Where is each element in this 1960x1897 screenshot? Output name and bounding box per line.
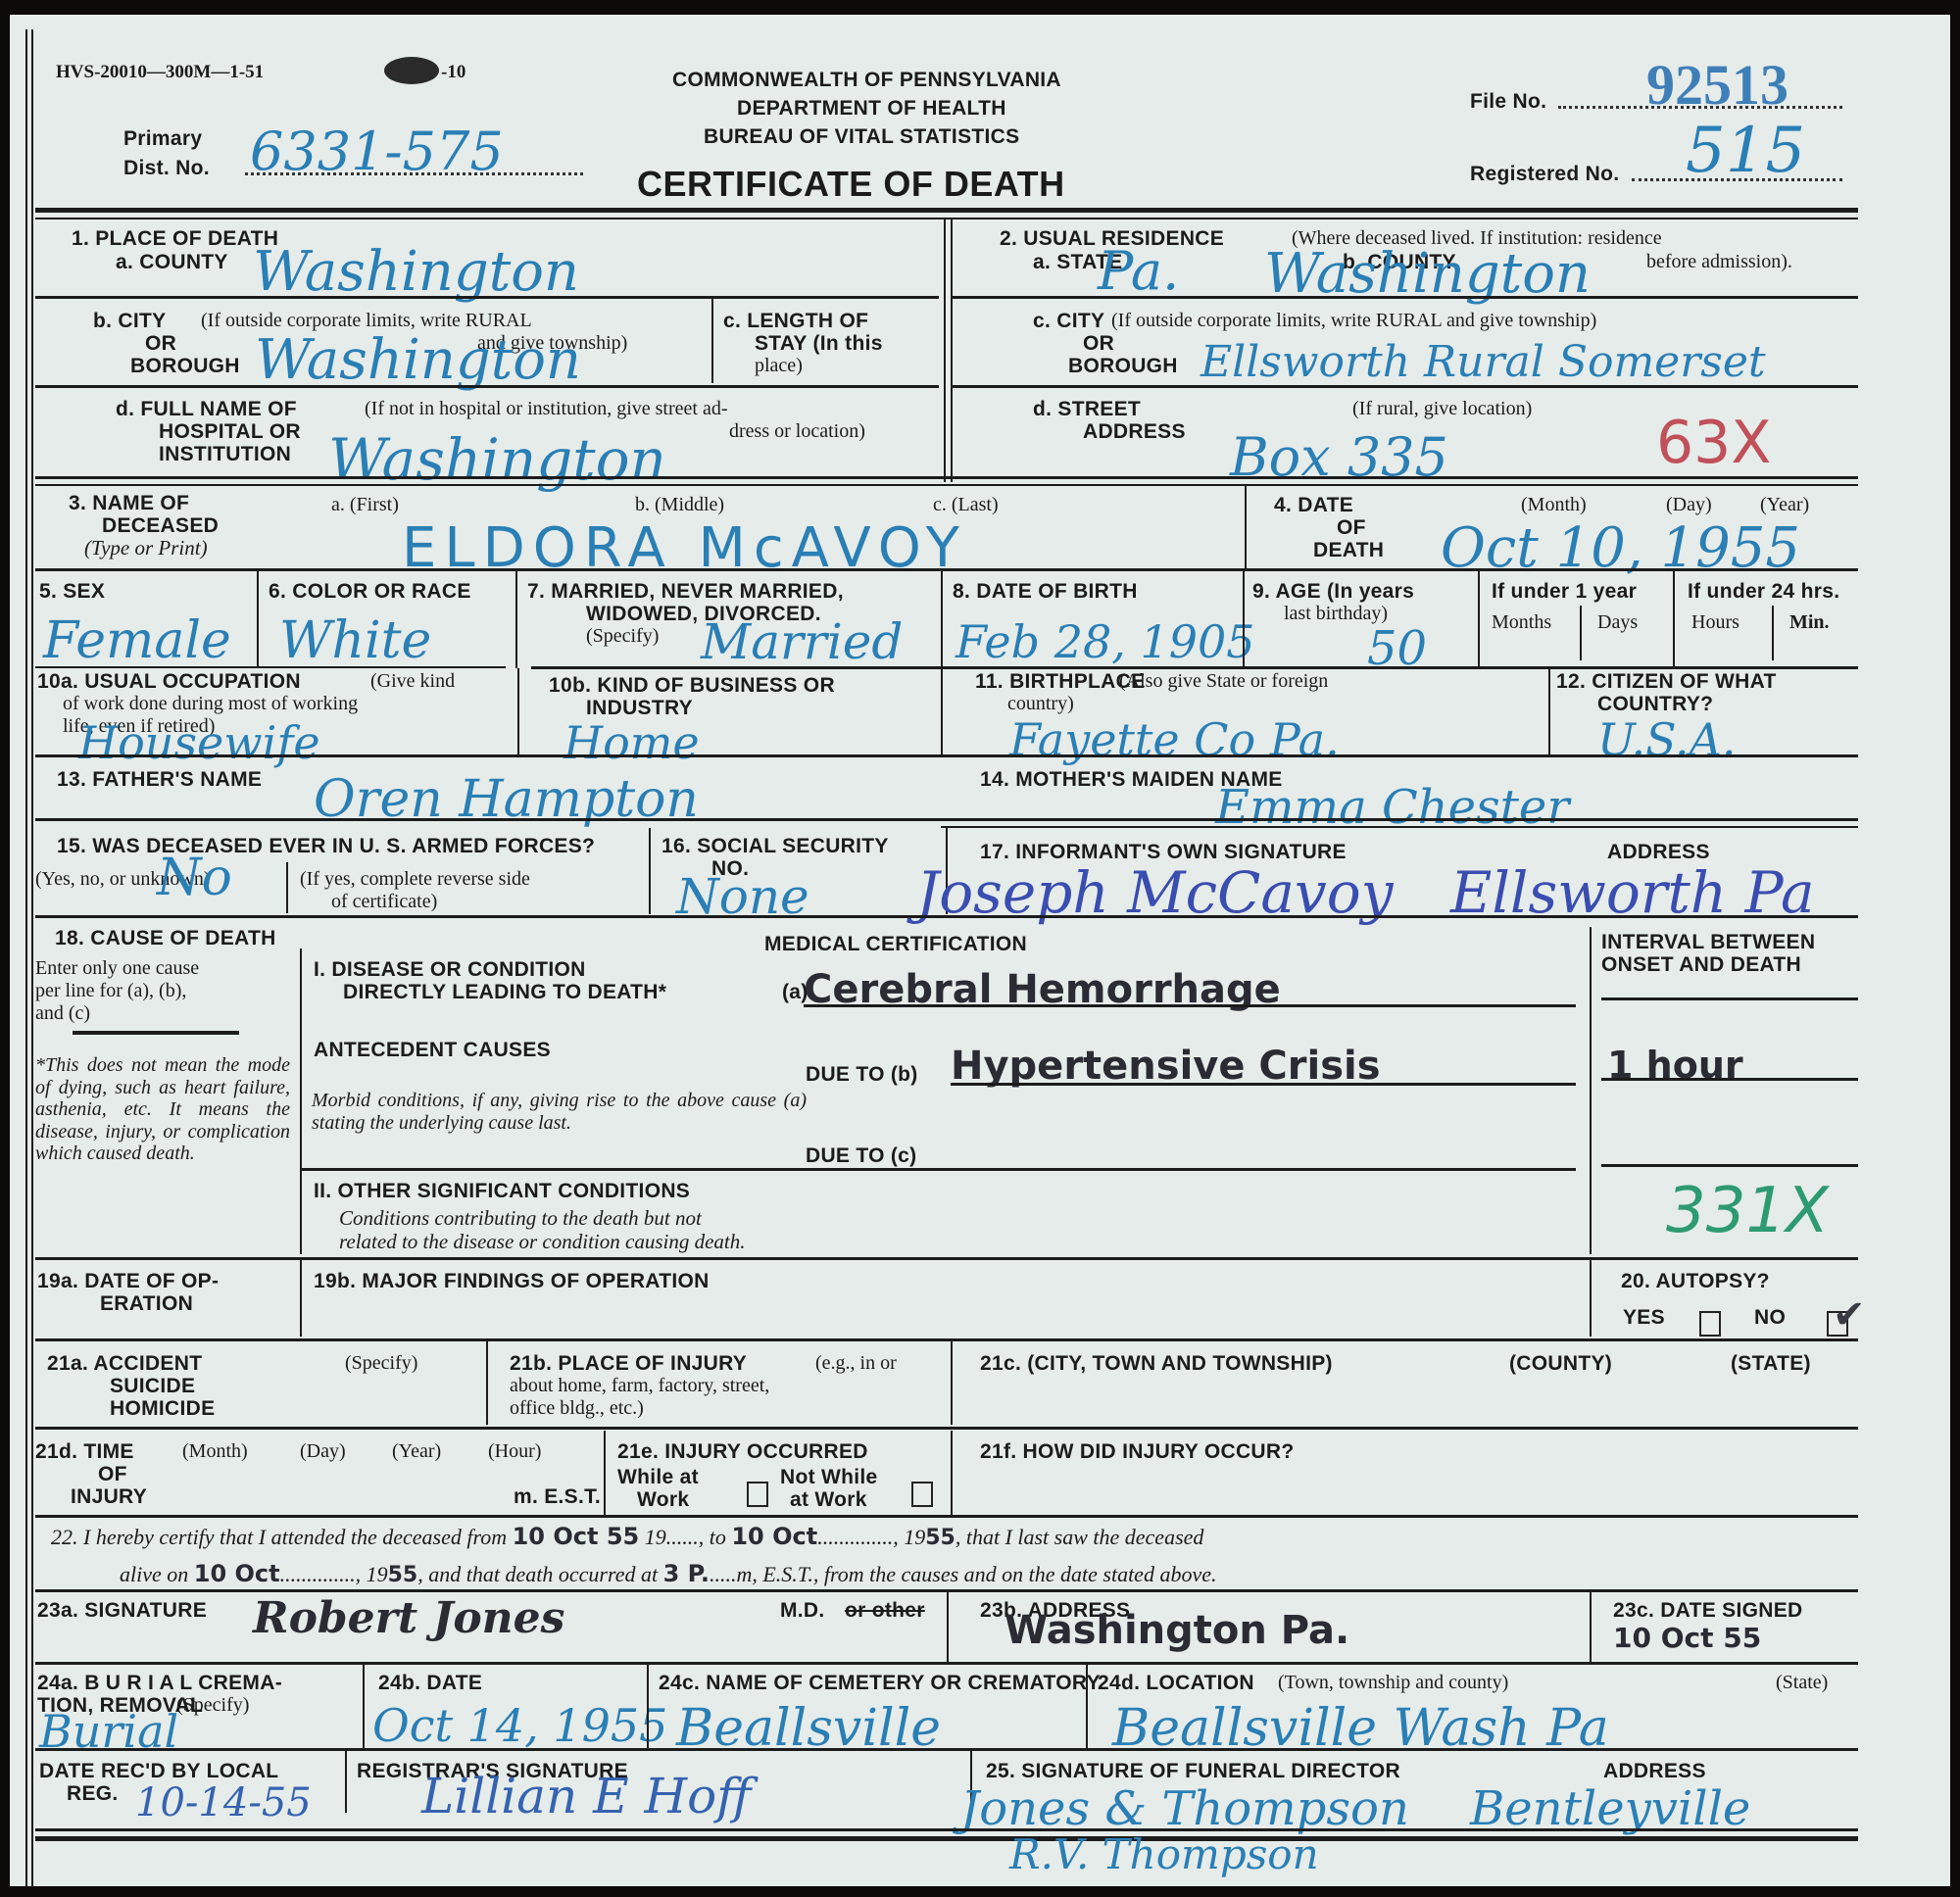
injury-city-label: 21c. (CITY, TOWN AND TOWNSHIP) [980,1352,1333,1375]
res-city-or: OR [1083,332,1114,355]
injury-type-label-3: HOMICIDE [110,1397,215,1420]
res-city-label: c. CITY [1033,310,1104,332]
col-divider [944,218,946,482]
rule [35,1748,1858,1751]
hospital-value: Washington [328,431,666,488]
death-county-value: Washington [253,245,579,300]
res-city-borough: BOROUGH [1068,355,1178,377]
frame-left-inner [31,29,33,1886]
autopsy-no-label: NO [1754,1306,1786,1329]
rule [1601,1164,1858,1167]
certify-text: alive on [120,1562,188,1586]
injury-time-label-2: OF [98,1463,127,1485]
res-red-code: 63X [1656,413,1771,472]
death-city-or: OR [145,332,176,355]
certify-text: , and that death occurred at [417,1562,658,1586]
burial-type-label: 24a. B U R I A L CREMA- [37,1672,282,1694]
divider [1548,668,1550,756]
physician-address-value: Washington Pa. [1004,1611,1349,1650]
father-label: 13. FATHER'S NAME [57,768,262,791]
rule [1601,997,1858,1000]
marital-value: Married [701,617,903,666]
injury-day-label: (Day) [300,1440,346,1463]
medical-certification-label: MEDICAL CERTIFICATION [764,933,1027,955]
rule [35,1836,1858,1841]
cause-instruction-3: and (c) [35,1002,90,1025]
burial-location-label: 24d. LOCATION [1098,1672,1254,1694]
days-label: Days [1597,611,1638,634]
armed-note-3: of certificate) [331,891,437,913]
place-of-death-title: 1. PLACE OF DEATH [72,227,278,250]
header-bureau: BUREAU OF VITAL STATISTICS [704,125,1019,148]
race-value: White [279,615,431,666]
marital-label-3: (Specify) [586,625,659,648]
res-state-value: Pa. [1098,245,1179,298]
occupation-value: Housewife [78,720,320,765]
informant-signature: Joseph McCavoy [916,864,1393,921]
certify-text: , 19 [356,1562,388,1586]
res-street-label: d. STREET [1033,398,1141,420]
divider [517,668,519,756]
while-at-work-label-2: Work [637,1488,689,1511]
injury-county-label: (COUNTY) [1509,1352,1612,1375]
form-code: HVS-20010—300M—1-51 [56,61,264,83]
or-other-label: or other [845,1599,925,1622]
injury-occurred-label: 21e. INJURY OCCURRED [617,1440,868,1463]
funeral-director-address-value: Bentleyville [1470,1785,1750,1832]
funeral-director-label: 25. SIGNATURE OF FUNERAL DIRECTOR [986,1760,1400,1782]
death-city-borough: BOROUGH [130,355,240,377]
hospital-label: d. FULL NAME OF [116,398,297,420]
citizen-label-2: COUNTRY? [1597,693,1713,715]
date-received-value: 10-14-55 [135,1783,312,1823]
stay-label: c. LENGTH OF [723,310,868,332]
divider [941,668,943,756]
armed-value: No [157,852,232,903]
date-received-label: DATE REC'D BY LOCAL [39,1760,278,1782]
divider [1245,486,1247,568]
death-time-value: 3 P. [663,1560,710,1587]
res-city-value: Ellsworth Rural Somerset [1200,341,1766,384]
death-city-value: Washington [255,333,581,388]
cemetery-label: 24c. NAME OF CEMETERY OR CREMATORY [659,1672,1101,1694]
sex-value: Female [43,615,231,666]
divider [1590,1260,1592,1337]
header-rule-thick [35,208,1858,213]
certify-line-1: 22. I hereby certify that I attended the… [51,1525,1203,1549]
scan-border [0,1886,1960,1897]
autopsy-no-checkmark-icon: ✔ [1833,1295,1866,1335]
operation-date-label-2: ERATION [100,1292,193,1315]
interval-label-2: ONSET AND DEATH [1601,953,1801,976]
divider [947,1591,949,1662]
certify-text: m, E.S.T., from the causes and on the da… [736,1562,1216,1586]
injury-state-label: (STATE) [1731,1352,1811,1375]
cause-a-value: Cerebral Hemorrhage [804,970,1281,1009]
rule [953,296,1858,299]
occupation-label: 10a. USUAL OCCUPATION [37,670,301,693]
stay-label-2: STAY (In this [755,332,883,355]
rule [804,1004,1576,1007]
res-street-label-2: ADDRESS [1083,420,1186,443]
armed-forces-label: 15. WAS DECEASED EVER IN U. S. ARMED FOR… [57,835,595,857]
res-county-value: Washington [1264,247,1591,302]
due-to-c-label: DUE TO (c) [806,1144,916,1167]
hospital-label-2: HOSPITAL OR [159,420,301,443]
divider [649,828,651,914]
name-label-2: DECEASED [102,514,219,537]
cause-footnote: *This does not mean the mode of dying, s… [35,1054,290,1165]
primary-label: Primary [123,127,202,150]
other-note: Conditions contributing to the death but… [339,1207,702,1230]
divider [300,1260,302,1337]
cause-instruction: Enter only one cause [35,957,292,980]
rule [35,818,1858,821]
residence-note-2: before admission). [1646,251,1792,273]
dod-year-label: (Year) [1760,494,1809,516]
first-name-label: a. (First) [331,494,399,516]
rule [35,915,1858,918]
divider [1590,1591,1592,1662]
rule [35,1828,1858,1831]
business-value: Home [563,720,700,765]
dod-label-3: DEATH [1313,539,1384,561]
due-to-b-label: DUE TO (b) [806,1063,918,1086]
rule [941,826,1858,828]
divider [1772,606,1774,660]
dod-label-2: OF [1337,516,1366,539]
res-city-note: (If outside corporate limits, write RURA… [1111,310,1596,332]
divider [257,570,259,668]
divider [941,570,943,668]
cemetery-value: Beallsville [676,1703,941,1754]
burial-state-label: (State) [1776,1672,1828,1694]
name-label: 3. NAME OF [69,492,189,514]
race-label: 6. COLOR OR RACE [269,580,471,603]
funeral-director-address-label: ADDRESS [1603,1760,1706,1782]
registered-label: Registered No. [1470,163,1619,185]
divider [345,1750,347,1813]
rule [35,385,939,388]
last-seen-alive-year: 55 [388,1563,418,1587]
divider [1590,927,1592,1254]
burial-location-value: Beallsville Wash Pa [1112,1703,1609,1754]
rule [953,385,1858,388]
middle-name-label: b. (Middle) [635,494,724,516]
not-while-at-work-label-2: at Work [790,1488,867,1511]
physician-signature-label: 23a. SIGNATURE [37,1599,207,1622]
rule [35,296,939,299]
union-label-icon [384,57,439,84]
injury-place-note-3: office bldg., etc.) [510,1397,644,1420]
not-while-at-work-label: Not While [780,1466,878,1488]
rule [35,568,1858,571]
physician-signature: Robert Jones [253,1597,564,1640]
months-label: Months [1492,611,1551,634]
sex-label: 5. SEX [39,580,105,603]
other-conditions-label: II. OTHER SIGNIFICANT CONDITIONS [314,1180,690,1202]
injury-place-note: (e.g., in or [815,1352,897,1375]
rule [951,1083,1576,1086]
hospital-note: (If not in hospital or institution, give… [365,398,728,420]
informant-address-value: Ellsworth Pa [1450,864,1815,921]
rule [35,476,1858,479]
injury-month-label: (Month) [182,1440,248,1463]
disease-label: I. DISEASE OR CONDITION [314,958,586,981]
injury-type-specify: (Specify) [345,1352,417,1375]
attended-to-year: 55 [925,1526,955,1550]
divider [1243,570,1245,668]
dob-label: 8. DATE OF BIRTH [953,580,1138,603]
injury-type-label: 21a. ACCIDENT [47,1352,202,1375]
min-label: Min. [1789,611,1830,634]
divider [647,1664,649,1750]
injury-hour-label: (Hour) [488,1440,541,1463]
autopsy-yes-checkbox[interactable] [1699,1311,1721,1337]
occupation-note: (Give kind [370,670,455,693]
rule [35,754,1858,757]
injury-place-label: 21b. PLACE OF INJURY [510,1352,747,1375]
burial-date-value: Oct 14, 1955 [372,1703,667,1748]
divider [515,570,517,668]
union-label-suffix: -10 [441,61,465,83]
col-divider-2 [951,218,953,482]
rule [1601,1078,1858,1081]
divider [286,862,288,913]
divider [604,1431,606,1515]
header-department: DEPARTMENT OF HEALTH [737,97,1006,120]
registrar-signature: Lillian E Hoff [421,1772,752,1821]
ss-value: None [676,872,809,921]
occupation-note-2: of work done during most of working [63,693,358,715]
mother-value: Emma Chester [1215,784,1569,831]
page-title: CERTIFICATE OF DEATH [637,165,1065,204]
cause-b-value: Hypertensive Crisis [951,1046,1381,1086]
other-note-2: related to the disease or condition caus… [339,1231,746,1253]
divider [300,948,302,1254]
cause-title: 18. CAUSE OF DEATH [55,927,276,949]
file-label: File No. [1470,90,1546,113]
armed-note-2: (If yes, complete reverse side [300,868,530,891]
injury-place-note-2: about home, farm, factory, street, [510,1375,769,1397]
antecedent-label: ANTECEDENT CAUSES [314,1039,551,1061]
rule [531,666,1858,669]
res-street-note: (If rural, give location) [1352,398,1532,420]
business-label: 10b. KIND OF BUSINESS OR [549,674,835,697]
frame-left-outer [25,29,27,1886]
while-at-work-label: While at [617,1466,699,1488]
autopsy-yes-label: YES [1623,1306,1665,1329]
funeral-director-signature: Jones & Thompson [960,1785,1409,1832]
rule [35,1427,1858,1430]
hospital-note-2: dress or location) [729,420,865,443]
rule [35,666,506,668]
death-city-label: b. CITY [93,310,166,332]
divider [1580,606,1582,660]
rule [300,1168,1576,1171]
rule [35,1257,1858,1260]
ss-label: 16. SOCIAL SECURITY [661,835,889,857]
burial-type-specify: (Specify) [176,1694,249,1717]
injury-time-label: 21d. TIME [35,1440,134,1463]
morbid-note: Morbid conditions, if any, giving rise t… [312,1090,807,1134]
last-name-label: c. (Last) [933,494,999,516]
interval-label: INTERVAL BETWEEN [1601,931,1815,953]
injury-time-label-3: INJURY [71,1485,147,1508]
certify-text: , to [699,1525,726,1549]
divider [711,299,713,383]
md-label: M.D. [780,1599,825,1622]
rule [35,1662,1858,1665]
operation-date-label: 19a. DATE OF OP- [37,1270,219,1292]
header-rule-thin [35,218,1858,219]
birthplace-note-2: country) [1007,693,1074,715]
burial-location-note: (Town, township and county) [1278,1672,1508,1694]
date-signed-label: 23c. DATE SIGNED [1613,1599,1802,1622]
rule [35,484,1858,486]
cause-instruction-2: per line for (a), (b), [35,980,186,1002]
dod-label: 4. DATE [1274,494,1353,516]
rule [35,1515,1858,1518]
divider [1086,1664,1088,1750]
attended-from-value: 10 Oct 55 [513,1523,640,1550]
burial-date-label: 24b. DATE [378,1672,482,1694]
while-at-work-checkbox[interactable] [747,1482,768,1507]
stay-label-3: place) [755,355,803,377]
injury-year-label: (Year) [392,1440,441,1463]
rule [35,1338,1858,1341]
citizen-label: 12. CITIZEN OF WHAT [1556,670,1777,693]
marital-label: 7. MARRIED, NEVER MARRIED, [527,580,844,603]
certify-line-2: alive on 10 Oct.............., 1955, and… [120,1562,1216,1586]
injury-est-label: m. E.S.T. [514,1485,601,1508]
autopsy-label: 20. AUTOPSY? [1621,1270,1770,1292]
date-received-label-2: REG. [67,1782,119,1805]
registered-value: 515 [1686,120,1805,182]
age-value: 50 [1367,625,1427,672]
divider [1478,570,1480,668]
cause-green-code: 331X [1666,1180,1829,1242]
date-signed-value: 10 Oct 55 [1613,1625,1761,1652]
rule [73,1031,239,1035]
dod-month-label: (Month) [1521,494,1587,516]
file-value: 92513 [1646,57,1788,114]
disease-label-2: DIRECTLY LEADING TO DEATH* [343,981,666,1003]
dist-label: Dist. No. [123,157,210,179]
divider [951,1340,953,1425]
death-county-label: a. COUNTY [116,251,228,273]
certify-text: , 19 [893,1525,925,1549]
divider [363,1664,365,1750]
certify-text: 22. I hereby certify that I attended the… [51,1525,507,1549]
not-while-at-work-checkbox[interactable] [911,1482,933,1507]
age-label: 9. AGE (In years [1252,580,1414,603]
name-label-3: (Type or Print) [84,537,208,559]
certify-text: , that I last saw the deceased [955,1525,1204,1549]
header-commonwealth: COMMONWEALTH OF PENNSYLVANIA [672,69,1061,91]
dod-day-label: (Day) [1666,494,1712,516]
funeral-director-signature-2: R.V. Thompson [1009,1834,1319,1875]
last-seen-alive-value: 10 Oct [194,1560,280,1587]
certify-text: 19 [645,1525,666,1549]
under1-label: If under 1 year [1492,580,1637,603]
attended-to-value: 10 Oct [731,1523,817,1550]
divider [1673,570,1675,668]
injury-type-label-2: SUICIDE [110,1375,195,1397]
dist-value: 6331-575 [250,125,504,178]
dob-value: Feb 28, 1905 [955,619,1255,664]
hours-label: Hours [1691,611,1739,634]
birthplace-note: (Also give State or foreign [1119,670,1328,693]
divider [486,1340,488,1425]
how-injury-label: 21f. HOW DID INJURY OCCUR? [980,1440,1295,1463]
hospital-label-3: INSTITUTION [159,443,291,465]
divider [951,1431,953,1515]
under24-label: If under 24 hrs. [1688,580,1839,603]
findings-label: 19b. MAJOR FINDINGS OF OPERATION [314,1270,710,1292]
